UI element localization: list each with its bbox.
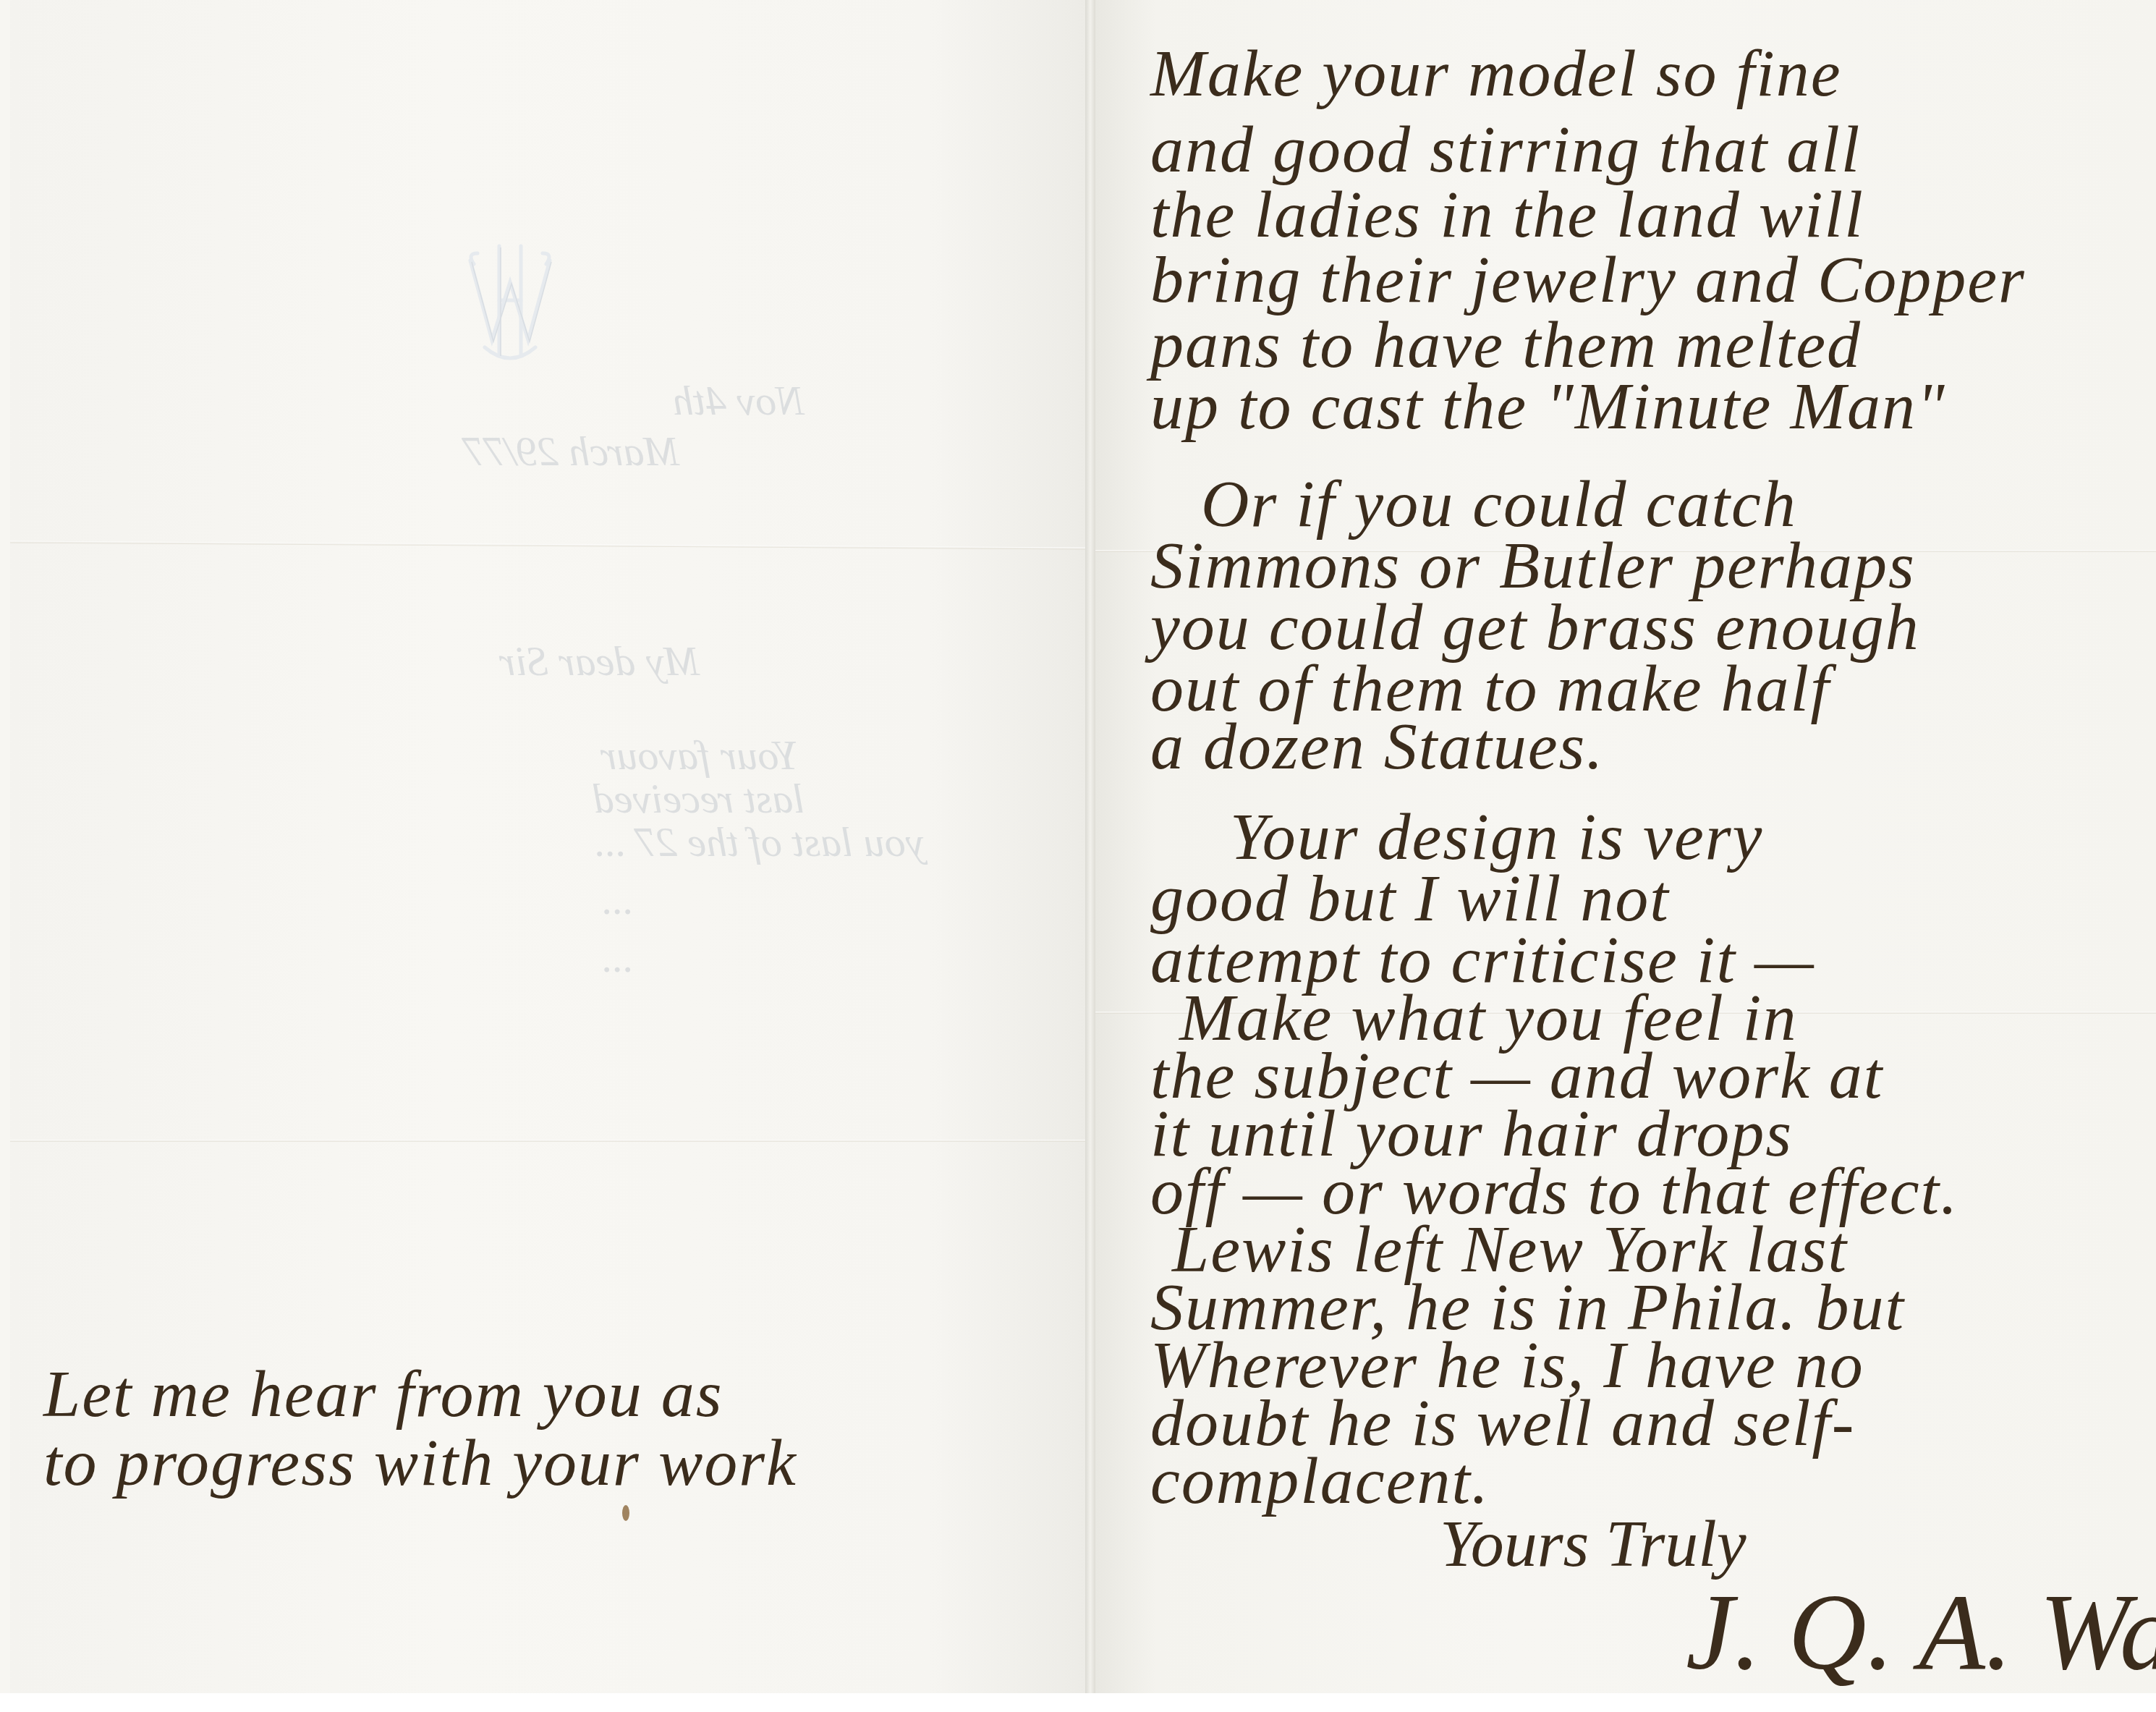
- letter-line: bring their jewelry and Copper: [1150, 246, 2026, 313]
- letter-line: Simmons or Butler perhaps: [1150, 532, 1916, 598]
- letter-line: Or if you could catch: [1201, 470, 1797, 537]
- letter-line: Make your model so fine: [1150, 40, 1842, 106]
- signature: J. Q. A. Ward: [1686, 1570, 2156, 1695]
- postscript-line: Let me hear from you as: [43, 1360, 723, 1427]
- bleed-through-text: ...: [600, 933, 632, 982]
- bleed-through-text: last received: [593, 774, 805, 823]
- letter-line: you could get brass enough: [1150, 593, 1920, 660]
- letter-line: pans to have them melted: [1150, 311, 1862, 378]
- scanned-letter-spread: Nov 4th March 29/77 My dear Sir Your fav…: [0, 0, 2156, 1712]
- bleed-through-text: you last of the 27 ...: [593, 818, 925, 866]
- letter-line: a dozen Statues.: [1150, 713, 1604, 779]
- bleed-through-text: Nov 4th: [673, 376, 805, 425]
- ink-blot: [622, 1505, 629, 1521]
- embossed-monogram-icon: [456, 232, 564, 376]
- bleed-through-text: March 29/77: [463, 427, 679, 475]
- paper-fold-line: [10, 1140, 1085, 1142]
- postscript-line: to progress with your work: [43, 1429, 797, 1496]
- letter-line: and good stirring that all: [1150, 116, 1861, 182]
- bleed-through-text: Your favour: [600, 731, 798, 779]
- letter-line: good but I will not: [1150, 865, 1670, 931]
- letter-line: complacent.: [1150, 1447, 1490, 1514]
- page-fold-gutter: [1085, 0, 1095, 1693]
- bleed-through-text: My dear Sir: [499, 637, 700, 685]
- bleed-through-text: ...: [600, 876, 632, 924]
- letter-line: Your design is very: [1230, 803, 1763, 870]
- scan-bottom-margin: [0, 1693, 2156, 1712]
- letter-line: the ladies in the land will: [1150, 181, 1864, 247]
- letter-line: up to cast the "Minute Man": [1150, 373, 1946, 439]
